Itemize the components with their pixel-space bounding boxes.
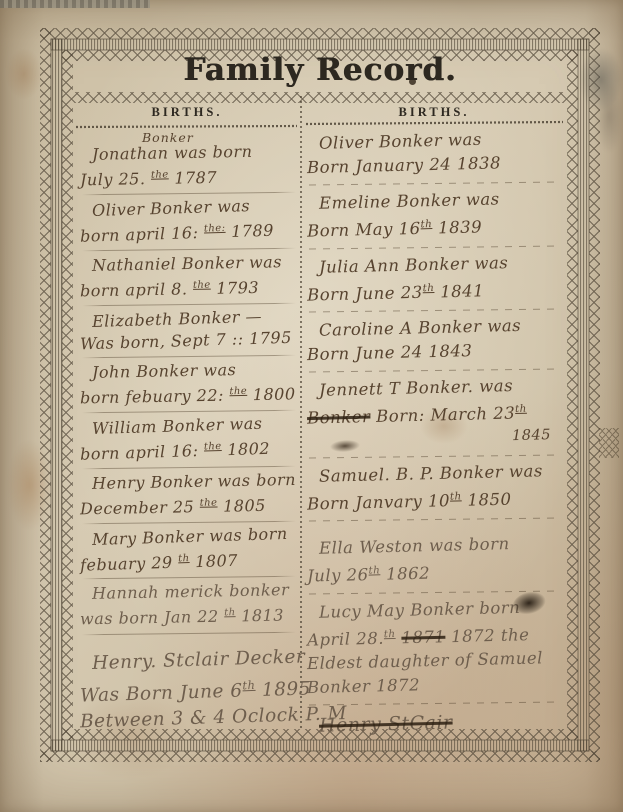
births-column-left: BonkerJonathan was bornJuly 25. the 1787… <box>80 131 298 732</box>
record-entry: Caroline A Bonker wasBorn June 24 1843 <box>307 316 561 371</box>
handwritten-text: th <box>515 404 527 415</box>
handwritten-text: th <box>368 565 380 576</box>
handwritten-line: born april 16: the: 1789 <box>80 216 299 248</box>
handwritten-text: 1802 <box>221 439 270 460</box>
handwritten-text: Was Born June 6 <box>80 680 243 706</box>
handwritten-text: Samuel. B. P. Bonker was <box>319 461 543 485</box>
handwritten-line: was born Jan 22 th 1813 <box>80 601 298 631</box>
record-entry: Nathaniel Bonker wasborn april 8. the 17… <box>80 253 298 305</box>
handwritten-text: 1793 <box>211 278 260 298</box>
handwritten-line: July 26th 1862 <box>307 555 562 589</box>
handwritten-text: Hannah merick bonker <box>92 580 290 603</box>
handwritten-text: 1789 <box>225 221 274 242</box>
handwritten-line: born april 8. the 1793 <box>80 273 298 303</box>
handwritten-text: Was born, Sept 7 :: 1795 <box>80 328 292 354</box>
handwritten-text: Henry StCair <box>319 712 453 737</box>
handwritten-line: December 25 the 1805 <box>80 491 298 521</box>
record-entry: Henry. Stclair DeckerWas Born June 6th 1… <box>80 648 298 732</box>
handwritten-line: Born January 24 1838 <box>307 150 562 180</box>
handwritten-text: th <box>178 553 190 564</box>
handwritten-line: born febuary 22: the 1800 <box>80 380 298 410</box>
record-entry: Henry Bonker was bornDecember 25 the 180… <box>80 471 298 523</box>
family-record-page: Family Record. BIRTHS. BIRTHS. BonkerJon… <box>0 0 623 812</box>
handwritten-text: 1800 <box>247 384 296 404</box>
handwritten-text: 1841 <box>434 281 484 301</box>
handwritten-text: 1845 <box>512 427 551 444</box>
handwritten-text: was born Jan 22 <box>80 607 225 629</box>
record-entry: Mary Bonker was bornfebuary 29 th 1807 <box>80 526 298 578</box>
record-entry: Hannah merick bonkerwas born Jan 22 th 1… <box>80 581 298 633</box>
handwritten-text: Elizabeth Bonker — <box>92 307 263 331</box>
handwritten-text: Born June 23 <box>307 282 423 304</box>
record-entry: William Bonker wasborn april 16: the 180… <box>80 415 298 467</box>
handwritten-text: the: <box>204 223 226 235</box>
paper-stain <box>8 440 62 530</box>
record-entry: Emeline Bonker wasBorn May 16th 1839 <box>307 189 561 248</box>
handwritten-text: John Bonker was <box>92 360 237 382</box>
record-entry: Jennett T Bonker. wasBonker Born: March … <box>307 376 561 457</box>
handwritten-line: Born June 24 1843 <box>307 337 562 367</box>
handwritten-text: th <box>224 607 236 618</box>
handwritten-text: th <box>423 282 435 293</box>
handwritten-text: Born January 24 1838 <box>307 153 501 177</box>
handwritten-text: 1787 <box>169 168 218 188</box>
record-entry: BonkerJonathan was bornJuly 25. the 1787 <box>80 131 298 194</box>
births-column-right: Oliver Bonker wasBorn January 24 1838Eme… <box>307 129 561 737</box>
record-entry: Elizabeth Bonker —Was born, Sept 7 :: 17… <box>80 308 298 357</box>
handwritten-text: born april 16: <box>80 223 205 246</box>
record-entry: Julia Ann Bonker wasBorn June 23th 1841 <box>307 253 561 312</box>
record-entry: Oliver Bonker wasborn april 16: the: 178… <box>80 197 298 249</box>
handwritten-text: 1813 <box>235 606 284 626</box>
handwritten-text: Caroline A Bonker was <box>319 316 522 340</box>
handwritten-text: Lucy May Bonker born <box>319 597 521 621</box>
handwritten-text: Julia Ann Bonker was <box>319 253 509 277</box>
handwritten-text: th <box>384 628 396 639</box>
record-entry: Lucy May Bonker bornApril 28.th 1871 187… <box>307 598 561 705</box>
handwritten-text: 1839 <box>432 217 482 237</box>
handwritten-text: Oliver Bonker was <box>319 130 482 153</box>
handwritten-text: Born: March 23 <box>370 404 515 427</box>
handwritten-line: July 25. the 1787 <box>80 162 298 192</box>
handwritten-text: Eldest daughter of Samuel <box>307 648 543 673</box>
handwritten-text: th <box>420 219 432 230</box>
handwritten-line: Henry StCair <box>307 706 562 740</box>
handwritten-text: Jonathan was born <box>92 142 253 164</box>
handwritten-text: Born June 24 1843 <box>307 341 473 364</box>
handwritten-text: April 28. <box>307 628 384 649</box>
record-entry: Samuel. B. P. Bonker wasBorn Janvary 10t… <box>307 462 561 521</box>
handwritten-text: Bonker <box>307 407 371 428</box>
handwritten-text: 1862 <box>380 564 430 584</box>
handwritten-line: Bonker 1872 <box>307 670 562 700</box>
record-entry: Oliver Bonker wasBorn January 24 1838 <box>307 129 561 184</box>
births-header-left: BIRTHS. <box>78 105 296 120</box>
page-title: Family Record. <box>73 52 567 88</box>
record-entry: John Bonker wasborn febuary 22: the 1800 <box>80 360 298 412</box>
handwritten-text: the <box>151 169 169 180</box>
handwritten-line: febuary 29 th 1807 <box>80 545 299 577</box>
handwritten-text: 1805 <box>217 495 266 515</box>
handwritten-text: 1895 <box>255 678 311 701</box>
handwritten-text: Born May 16 <box>307 219 421 241</box>
handwritten-text: Oliver Bonker was <box>92 196 251 220</box>
handwritten-text: Emeline Bonker was <box>319 189 500 212</box>
handwritten-text: the <box>204 441 222 453</box>
handwritten-text: Ella Weston was born <box>319 534 510 558</box>
paper-stain <box>568 48 623 153</box>
handwritten-text: Henry. Stclair Decker <box>92 646 306 674</box>
births-header-right: BIRTHS. <box>306 105 562 120</box>
handwritten-text: 1871 <box>401 627 445 647</box>
handwritten-text: born april 16: <box>80 441 205 464</box>
handwritten-text: July 26 <box>307 565 369 585</box>
handwritten-text: Born Janvary 10 <box>307 491 450 513</box>
handwritten-text: Jennett T Bonker. was <box>319 376 514 400</box>
handwritten-line: Born June 23th 1841 <box>307 273 562 307</box>
handwritten-text: Henry Bonker was born <box>92 470 296 493</box>
handwritten-text: December 25 <box>80 497 200 518</box>
handwritten-text: July 25. <box>80 169 151 189</box>
handwritten-text: Bonker 1872 <box>307 675 421 697</box>
handwritten-line: born april 16: the 1802 <box>80 434 299 466</box>
handwritten-text: Nathaniel Bonker was <box>92 252 282 275</box>
handwritten-text: 1872 the <box>445 625 529 646</box>
paper-stain <box>6 48 42 100</box>
record-entry: Henry StCair <box>307 709 561 737</box>
record-entry: Ella Weston was bornJuly 26th 1862 <box>307 534 561 593</box>
margin-scribble <box>599 428 619 458</box>
handwritten-text: born febuary 22: <box>80 386 230 408</box>
handwritten-text: 1850 <box>462 489 512 509</box>
handwritten-text: th <box>450 491 462 502</box>
handwritten-line: Born May 16th 1839 <box>307 210 562 244</box>
handwritten-text: born april 8. <box>80 279 193 300</box>
handwritten-text: the <box>193 279 211 290</box>
handwritten-text: febuary 29 <box>80 553 179 575</box>
handwritten-text: the <box>229 386 247 397</box>
handwritten-text: th <box>242 678 255 692</box>
handwritten-line: Born Janvary 10th 1850 <box>307 482 562 516</box>
handwritten-text: the <box>200 497 218 508</box>
handwritten-text: 1807 <box>189 551 238 572</box>
book-edge-strip <box>0 0 150 8</box>
